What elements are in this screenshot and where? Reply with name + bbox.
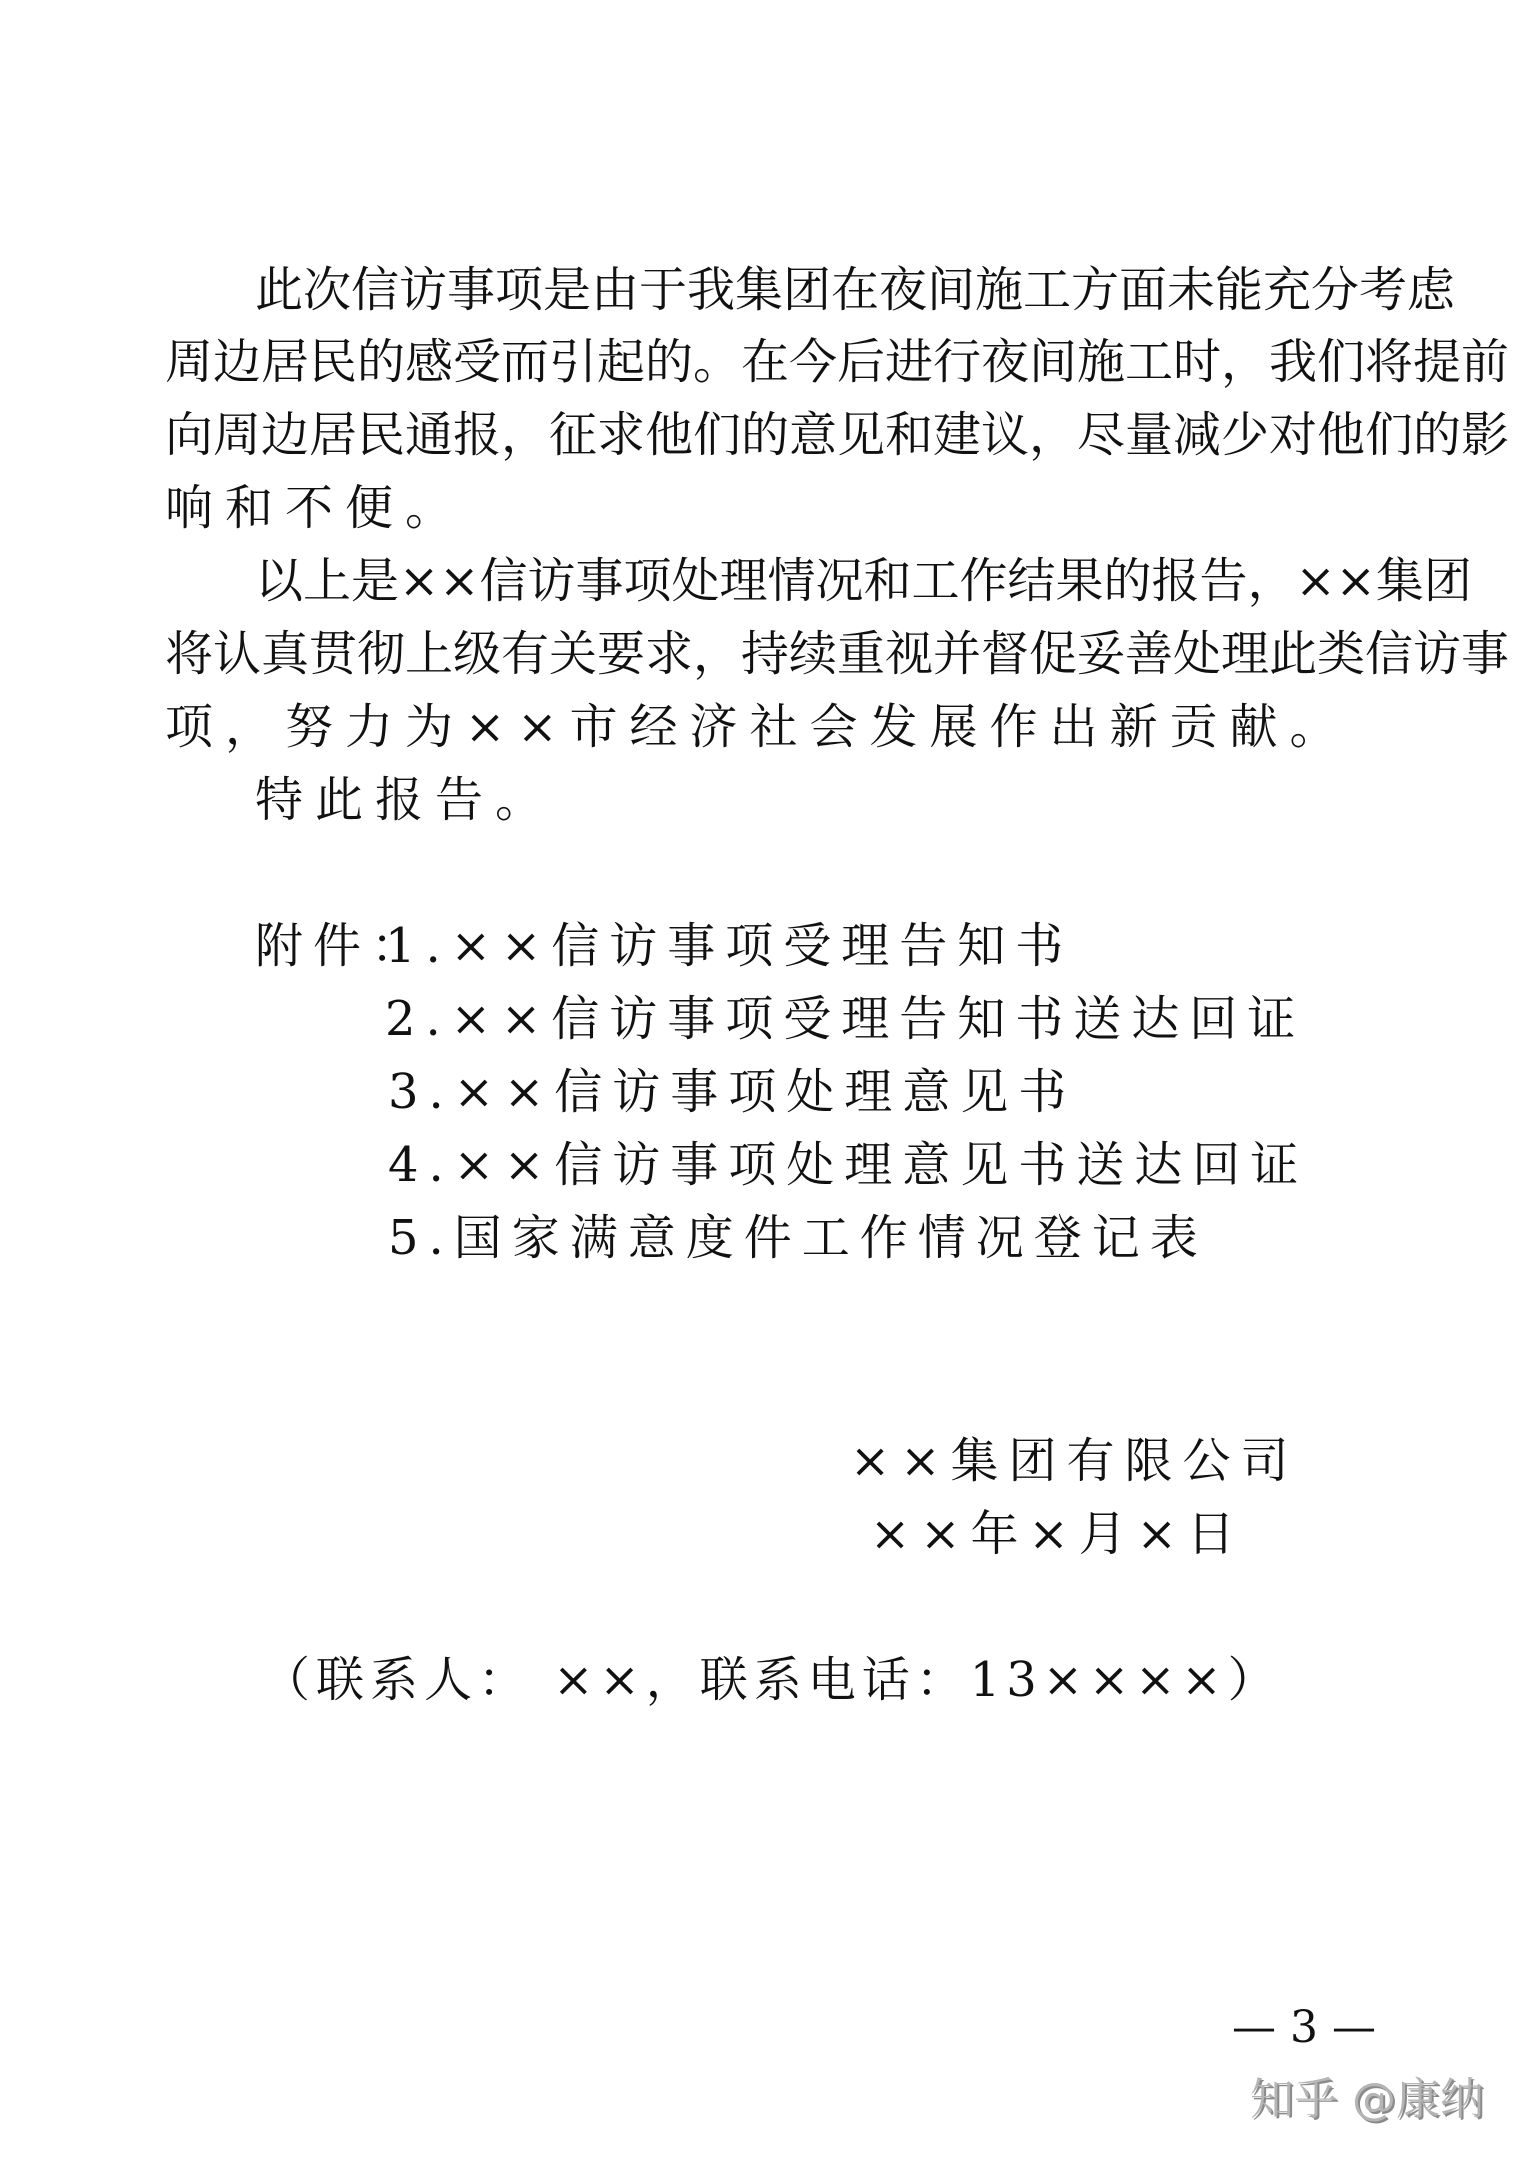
page-number: — 3 — [1232,2000,1376,2056]
attachment-item-1: 1.××信访事项受理告知书 [385,910,1073,982]
paragraph-1-line-2: 周边居民的感受而引起的。在今后进行夜间施工时，我们将提前 [165,326,1377,398]
signature-organization: ××集团有限公司 [850,1425,1298,1497]
attachment-item-3: 3.××信访事项处理意见书 [388,1056,1076,1128]
attachment-item-4: 4.××信访事项处理意见书送达回证 [388,1129,1308,1201]
attachment-item-5: 5.国家满意度件工作情况登记表 [388,1202,1208,1274]
paragraph-2-line-3: 项，努力为××市经济社会发展作出新贡献。 [165,691,1349,763]
contact-info: （联系人： ××，联系电话：13××××） [262,1644,1282,1716]
closing-statement: 特此报告。 [255,764,555,836]
paragraph-1-line-4: 响和不便。 [165,472,465,544]
paragraph-1-line-3: 向周边居民通报，征求他们的意见和建议，尽量减少对他们的影 [165,399,1377,471]
attachment-item-2: 2.××信访事项受理告知书送达回证 [385,983,1305,1055]
signature-date: ××年×月×日 [870,1498,1245,1570]
paragraph-2-line-2: 将认真贯彻上级有关要求，持续重视并督促妥善处理此类信访事 [165,618,1377,690]
paragraph-1-line-1: 此次信访事项是由于我集团在夜间施工方面未能充分考虑 [255,254,1377,326]
paragraph-2-line-1: 以上是××信访事项处理情况和工作结果的报告，××集团 [255,545,1377,617]
watermark: 知乎 @康纳 [1250,2072,1484,2128]
